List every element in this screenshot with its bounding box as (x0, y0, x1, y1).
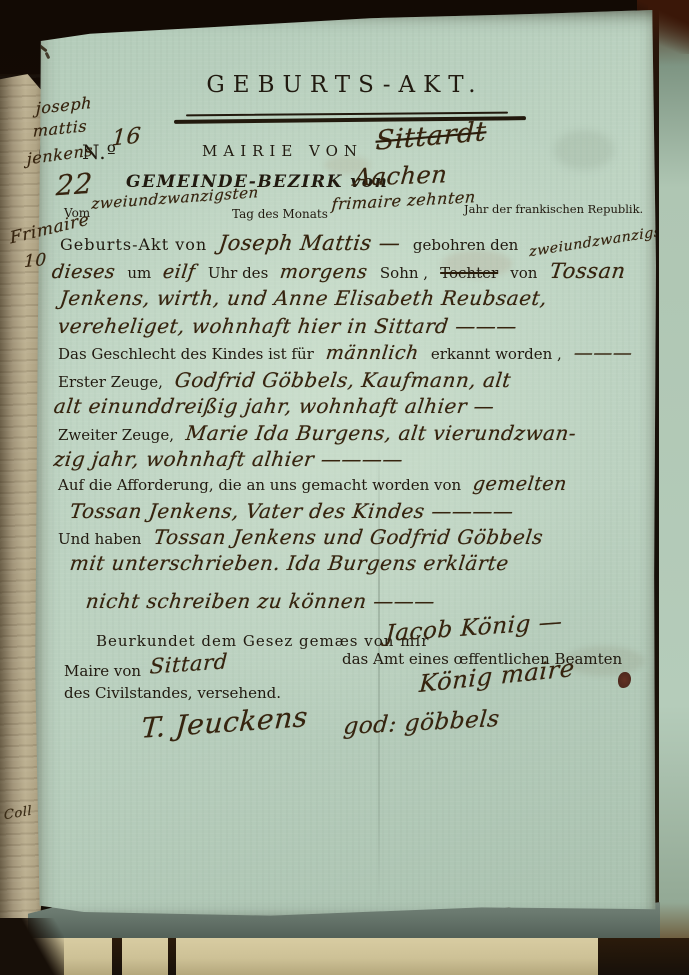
handwritten-entry: zig jahr, wohnhaft alhier ———— (53, 447, 405, 471)
page-gap (168, 938, 176, 975)
handwritten-entry: morgens (279, 261, 369, 283)
form-line: Erster Zeuge, Godfrid Göbbels, Kaufmann,… (58, 368, 518, 392)
form-line: vereheliget, wohnhaft hier in Sittard ——… (58, 314, 524, 338)
ink-blot (618, 672, 631, 688)
printed-text: Sohn , (380, 264, 428, 282)
document-title: GEBURTS-AKT. (34, 72, 656, 98)
handwritten-entry: eilf (162, 261, 197, 283)
witness-signature-2: god: göbbels (342, 706, 500, 740)
printed-text: Das Geschlecht des Kindes ist für (58, 345, 314, 363)
form-line: alt einunddreißig jahr, wohnhaft alhier … (54, 394, 501, 418)
form-line: Geburts-Akt von Joseph Mattis — gebohren… (60, 231, 689, 255)
dark-bottom-right (598, 938, 689, 975)
margin-act-number: 22 (55, 167, 93, 202)
handwritten-entry: alt einunddreißig jahr, wohnhaft alhier … (53, 394, 496, 418)
printed-text: Geburts-Akt von (60, 235, 207, 254)
printed-text-struck: Tochter (440, 264, 498, 282)
page-gap (112, 938, 122, 975)
form-line: mit unterschrieben. Ida Burgens erklärte (70, 551, 516, 575)
handwritten-entry: dieses (51, 261, 117, 283)
official-name-handwritten: Jacob König — (385, 609, 563, 647)
record-number-value: 16 (111, 124, 142, 152)
dark-corner-bottom-left (0, 918, 64, 975)
form-line: Zweiter Zeuge, Marie Ida Burgens, alt vi… (58, 421, 583, 445)
handwritten-entry: mit unterschrieben. Ida Burgens erklärte (69, 551, 511, 575)
handwritten-entry: männlich (325, 342, 421, 364)
handwritten-entry: Godfrid Göbbels, Kaufmann, alt (173, 368, 512, 392)
handwritten-flourish: ——— (573, 342, 634, 364)
witness-signature-1: T. Jeuckens (140, 700, 309, 744)
handwritten-entry: Tossan Jenkens und Godfrid Göbbels (152, 525, 544, 549)
maire-place-handwritten: Sittard (149, 649, 228, 678)
form-line: nicht schreiben zu können ——— (86, 589, 442, 613)
handwritten-entry: nicht schreiben zu können ——— (85, 589, 437, 613)
form-line: dieses um eilf Uhr des morgens Sohn , To… (52, 259, 632, 283)
next-page-sliver (659, 0, 689, 940)
form-line: Und haben Tossan Jenkens und Godfrid Göb… (58, 525, 550, 549)
underlying-pages (6, 938, 686, 975)
printed-text: um (127, 264, 151, 282)
maire-printed: Maire von (64, 662, 141, 680)
printed-text: erkannt worden , (431, 345, 562, 363)
printed-text: Erster Zeuge, (58, 373, 163, 391)
scanned-birth-record: GEBURTS-AKT. MAIRIE VON Sittardt GEMEIND… (0, 0, 689, 975)
handwritten-entry: gemelten (472, 473, 569, 495)
attestation-printed: Beurkundet dem Gesez gemæs von mir (96, 632, 429, 650)
date-mid-label: Tag des Monats (232, 207, 328, 221)
civil-printed: des Civilstandes, versehend. (64, 684, 281, 702)
ink-mark (36, 43, 47, 53)
handwritten-entry: vereheliget, wohnhaft hier in Sittard ——… (57, 314, 519, 338)
printed-text: Uhr des (208, 264, 268, 282)
margin-date-day: 10 (24, 250, 47, 272)
handwritten-entry: Tossan (548, 259, 627, 283)
handwritten-entry: Jenkens, wirth, und Anne Elisabeth Reubs… (59, 286, 549, 310)
stain (554, 130, 614, 170)
form-line: Tossan Jenkens, Vater des Kindes ———— (70, 499, 521, 523)
handwritten-entry: Tossan Jenkens, Vater des Kindes ———— (69, 499, 516, 523)
form-line: Auf die Afforderung, die an uns gemacht … (58, 473, 574, 495)
ink-mark (45, 52, 51, 60)
mairie-handwritten-value: Sittardt (375, 116, 487, 156)
date-suffix: Jahr der frankischen Republik. (464, 202, 643, 216)
handwritten-entry: Joseph Mattis — (218, 231, 402, 255)
form-line: Jenkens, wirth, und Anne Elisabeth Reubs… (60, 286, 554, 310)
printed-text: gebohren den (413, 236, 518, 254)
mairie-label: MAIRIE VON (202, 142, 363, 160)
printed-text: von (510, 264, 537, 282)
printed-text: Zweiter Zeuge, (58, 426, 174, 444)
district-handwritten-value: Aachen (353, 160, 449, 191)
handwritten-entry: Marie Ida Burgens, alt vierundzwan- (185, 421, 578, 445)
printed-text: Und haben (58, 530, 141, 548)
printed-text: Auf die Afforderung, die an uns gemacht … (58, 476, 461, 494)
form-line: Das Geschlecht des Kindes ist für männli… (58, 342, 639, 364)
form-line: zig jahr, wohnhaft alhier ———— (54, 447, 410, 471)
title-rule-thin (186, 112, 508, 117)
